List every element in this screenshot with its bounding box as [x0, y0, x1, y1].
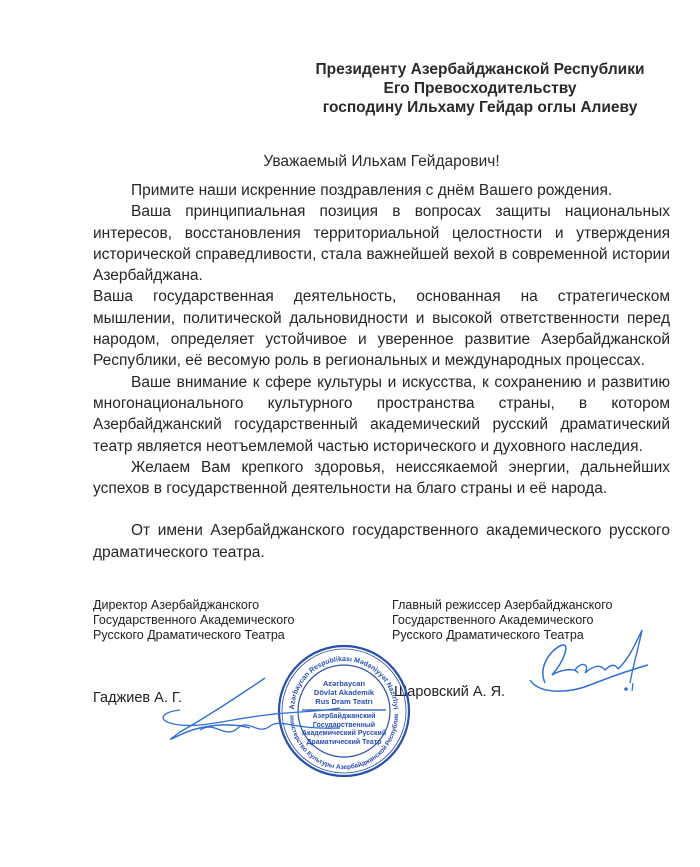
paragraph: Желаем Вам крепкого здоровья, неиссякаем…	[93, 457, 670, 500]
paragraph: Ваше внимание к сфере культуры и искусст…	[93, 372, 670, 457]
title-line: Директор Азербайджанского	[93, 598, 294, 613]
paragraph: Ваша государственная деятельность, основ…	[93, 286, 670, 371]
title-line: Государственного Академического	[93, 613, 294, 628]
signature-right	[520, 625, 660, 705]
addressee-line: Его Превосходительству	[300, 79, 660, 98]
addressee-line: господину Ильхаму Гейдар оглы Алиеву	[300, 98, 660, 117]
title-line: Главный режиссер Азербайджанского	[392, 598, 612, 613]
salutation: Уважаемый Ильхам Гейдарович!	[93, 152, 670, 172]
signature-left	[140, 670, 340, 750]
handwritten-signature-icon	[520, 625, 660, 705]
signatory-left-title: Директор Азербайджанского Государственно…	[93, 598, 294, 643]
paragraph: Примите наши искренние поздравления с дн…	[93, 180, 670, 201]
paragraph: Ваша принципиальная позиция в вопросах з…	[93, 201, 670, 286]
handwritten-signature-icon	[140, 670, 340, 750]
title-line: Русского Драматического Театра	[93, 628, 294, 643]
closing-paragraph: От имени Азербайджанского государственно…	[93, 520, 670, 563]
addressee-line: Президенту Азербайджанской Республики	[300, 60, 660, 79]
addressee-block: Президенту Азербайджанской Республики Ег…	[300, 60, 660, 117]
letter-body: Примите наши искренние поздравления с дн…	[93, 180, 670, 563]
